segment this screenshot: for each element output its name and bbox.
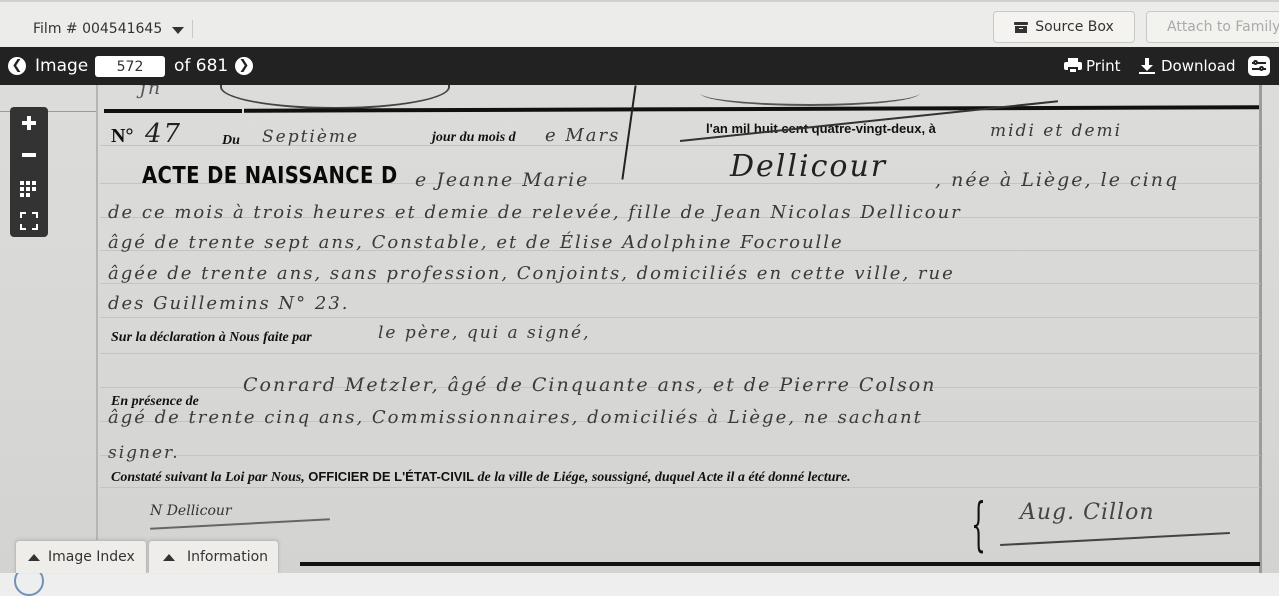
image-number-input[interactable] — [95, 56, 165, 77]
day-handwritten: Septième — [262, 127, 359, 147]
zoom-out-icon[interactable] — [10, 139, 48, 171]
attestation-text-1: Constaté suivant la Loi par Nous, — [111, 470, 305, 485]
witnesses-line-1: Conrard Metzler, âgé de Cinquante ans, e… — [243, 374, 936, 396]
time-handwritten: midi et demi — [990, 121, 1122, 141]
divider — [192, 20, 193, 38]
attach-label: Attach to Family — [1167, 19, 1279, 35]
film-selector[interactable]: Film # 004541645 — [33, 20, 193, 38]
month-label: jour du mois d — [432, 130, 516, 146]
signature-father: N Dellicour — [150, 503, 232, 519]
print-label: Print — [1086, 57, 1121, 75]
margin-line-right — [1259, 85, 1262, 573]
entry-number-handwritten: 47 — [145, 119, 182, 149]
birth-details-line: de ce mois à trois heures et demie de re… — [108, 202, 962, 223]
document-title: ACTE DE NAISSANCE D — [142, 163, 398, 189]
attestation-text-2: de la ville de Liége, soussigné, duquel … — [478, 470, 851, 485]
information-tab[interactable]: Information — [148, 540, 279, 573]
image-navigation-bar: ❮ Image of 681 ❯ Print Download — [0, 47, 1279, 85]
father-details-line: âgé de trente sept ans, Constable, et de… — [108, 232, 844, 253]
image-index-label: Image Index — [48, 549, 135, 565]
child-surname: Dellicour — [730, 149, 887, 184]
header-rule — [104, 109, 242, 113]
attestation-line: Constaté suivant la Loi par Nous, OFFICI… — [111, 469, 851, 486]
signature-officer: Aug. Cillon — [1020, 500, 1154, 525]
download-icon — [1139, 58, 1155, 74]
du-label: Du — [222, 133, 240, 149]
ruled-line — [100, 455, 1260, 456]
attestation-officer: OFFICIER DE L'ÉTAT-CIVIL — [308, 469, 474, 484]
caret-down-icon[interactable] — [172, 27, 184, 34]
film-number-label: Film # 004541645 — [33, 21, 162, 37]
expand-up-icon — [28, 554, 40, 561]
attach-to-family-tree-button[interactable]: Attach to Family — [1146, 11, 1279, 43]
image-index-tab[interactable]: Image Index — [15, 540, 147, 573]
ruled-line — [100, 487, 1260, 488]
footer-rule — [300, 562, 1260, 566]
address-line: des Guillemins N° 23. — [108, 293, 350, 314]
source-box-button[interactable]: Source Box — [993, 11, 1135, 43]
top-bar: Film # 004541645 Source Box Attach to Fa… — [0, 0, 1279, 47]
birth-place-date: , née à Liège, le cinq — [935, 169, 1179, 191]
archive-box-icon — [1014, 22, 1028, 33]
previous-image-icon[interactable]: ❮ — [8, 57, 26, 75]
witnesses-line-2: âgé de trente cinq ans, Commissionnaires… — [108, 407, 923, 428]
declaration-label: Sur la déclaration à Nous faite par — [111, 330, 312, 346]
printer-icon — [1064, 58, 1082, 74]
mother-details-line: âgée de trente ans, sans profession, Con… — [108, 263, 955, 284]
ruled-line — [100, 317, 1260, 318]
print-button[interactable]: Print — [1064, 57, 1121, 75]
next-image-icon[interactable]: ❯ — [235, 57, 253, 75]
image-label: Image — [35, 56, 88, 76]
number-prefix: N° — [111, 125, 133, 148]
image-total-label: of 681 — [174, 56, 228, 76]
zoom-in-icon[interactable] — [10, 107, 48, 139]
gallery-grid-icon[interactable] — [10, 171, 48, 203]
information-label: Information — [187, 549, 268, 565]
download-label: Download — [1161, 57, 1236, 75]
source-box-label: Source Box — [1035, 19, 1114, 35]
fullscreen-icon[interactable] — [10, 203, 48, 235]
expand-up-icon — [163, 554, 175, 561]
record-image-viewer[interactable]: jn̄ N° 47 Du Septième jour du mois d e M… — [0, 85, 1279, 573]
margin-line — [96, 85, 98, 573]
signature-brace: { — [971, 490, 986, 558]
ruled-line — [100, 353, 1260, 354]
prev-entry-scribble: jn̄ — [140, 85, 162, 99]
download-button[interactable]: Download — [1139, 57, 1236, 75]
witnesses-line-3: signer. — [108, 443, 180, 463]
image-adjust-sliders-icon[interactable] — [1248, 56, 1270, 76]
child-given-names: e Jeanne Marie — [415, 169, 589, 191]
month-handwritten: e Mars — [545, 125, 620, 146]
zoom-controls — [10, 107, 48, 237]
declarant-handwritten: le père, qui a signé, — [378, 323, 591, 343]
